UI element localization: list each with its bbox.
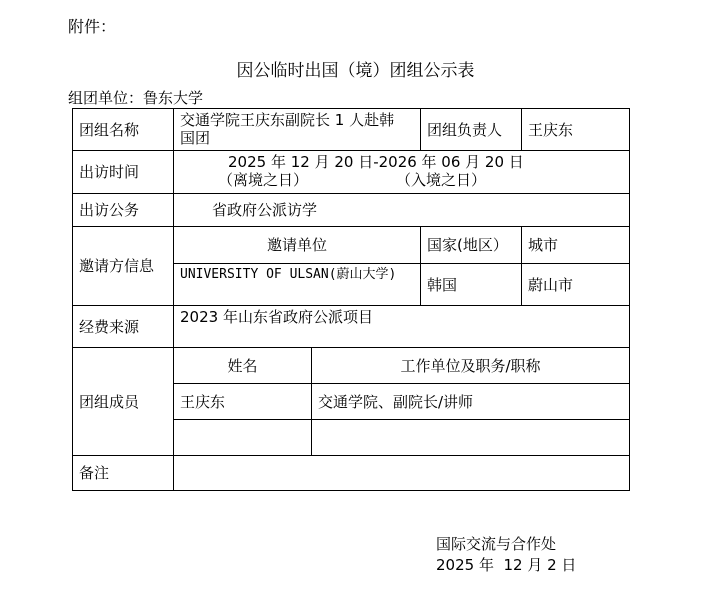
attachment-label: 附件： <box>68 14 116 37</box>
remarks-value <box>174 456 630 491</box>
group-unit: 组团单位：鲁东大学 <box>68 87 203 108</box>
row-visit-time: 出访时间 2025 年 12 月 20 日-2026 年 06 月 20 日 （… <box>73 151 630 194</box>
members-label: 团组成员 <box>73 348 174 456</box>
group-unit-label: 组团单位： <box>68 89 143 107</box>
group-unit-value: 鲁东大学 <box>143 89 203 107</box>
inviter-label: 邀请方信息 <box>73 227 174 306</box>
return-label: （入境之日） <box>396 171 486 189</box>
inviter-col-city: 城市 <box>522 227 630 264</box>
row-remarks: 备注 <box>73 456 630 491</box>
visit-time-value: 2025 年 12 月 20 日-2026 年 06 月 20 日 （离境之日）… <box>174 151 630 194</box>
group-leader-label: 团组负责人 <box>421 109 522 151</box>
visit-date-labels: （离境之日）（入境之日） <box>180 171 623 189</box>
publicity-form-table: 团组名称 交通学院王庆东副院长 1 人赴韩 国团 团组负责人 王庆东 出访时间 … <box>72 108 630 491</box>
members-col-position: 工作单位及职务/职称 <box>312 348 630 384</box>
funding-value: 2023 年山东省政府公派项目 <box>174 306 630 348</box>
member-position: 交通学院、副院长/讲师 <box>312 384 630 420</box>
group-name-value: 交通学院王庆东副院长 1 人赴韩 国团 <box>174 109 421 151</box>
document-title: 因公临时出国（境）团组公示表 <box>0 56 711 81</box>
row-group-name: 团组名称 交通学院王庆东副院长 1 人赴韩 国团 团组负责人 王庆东 <box>73 109 630 151</box>
row-funding: 经费来源 2023 年山东省政府公派项目 <box>73 306 630 348</box>
inviter-unit-value: UNIVERSITY OF ULSAN(蔚山大学) <box>174 264 421 306</box>
visit-date-range: 2025 年 12 月 20 日-2026 年 06 月 20 日 <box>180 153 623 171</box>
group-leader-value: 王庆东 <box>522 109 630 151</box>
visit-time-label: 出访时间 <box>73 151 174 194</box>
funding-label: 经费来源 <box>73 306 174 348</box>
member-name <box>174 420 312 456</box>
inviter-col-country: 国家(地区） <box>421 227 522 264</box>
inviter-col-unit: 邀请单位 <box>174 227 421 264</box>
member-name: 王庆东 <box>174 384 312 420</box>
group-name-line2: 国团 <box>180 129 414 147</box>
depart-label: （离境之日） <box>218 171 308 189</box>
inviter-city-value: 蔚山市 <box>522 264 630 306</box>
row-visit-mission: 出访公务 省政府公派访学 <box>73 194 630 227</box>
row-members-header: 团组成员 姓名 工作单位及职务/职称 <box>73 348 630 384</box>
remarks-label: 备注 <box>73 456 174 491</box>
visit-mission-label: 出访公务 <box>73 194 174 227</box>
members-col-name: 姓名 <box>174 348 312 384</box>
row-inviter-header: 邀请方信息 邀请单位 国家(地区） 城市 <box>73 227 630 264</box>
group-name-line1: 交通学院王庆东副院长 1 人赴韩 <box>180 111 414 129</box>
inviter-country-value: 韩国 <box>421 264 522 306</box>
issuing-office: 国际交流与合作处 <box>436 533 556 554</box>
member-position <box>312 420 630 456</box>
issue-date: 2025 年 12 月 2 日 <box>436 554 576 575</box>
visit-mission-value: 省政府公派访学 <box>174 194 630 227</box>
group-name-label: 团组名称 <box>73 109 174 151</box>
